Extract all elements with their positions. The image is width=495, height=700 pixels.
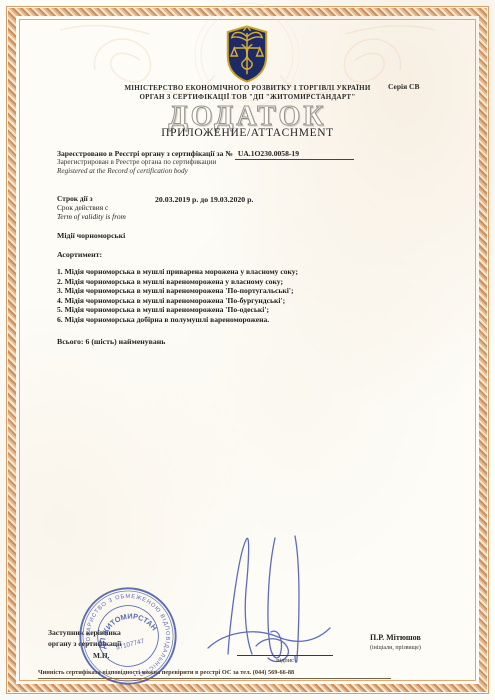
list-item: 2. Мідія чорноморська в мушлі вареноморо…: [57, 277, 298, 287]
series-label: Серія СВ: [388, 82, 419, 91]
signature-line-label: підпис: [276, 657, 294, 664]
registration-label-uk: Зареєстровано в Реєстрі органу з сертифі…: [57, 149, 233, 158]
signer-name: П.Р. Мітюшов: [370, 633, 421, 642]
list-item: 5. Мідія чорноморська в мушлі вареноморо…: [57, 305, 298, 315]
certificate-attachment-page: МІНІСТЕРСТВО ЕКОНОМІЧНОГО РОЗВИТКУ І ТОР…: [0, 0, 495, 700]
total-count: Всього: 6 (шість) найменувань: [57, 337, 165, 346]
validity-block: Строк дії з Срок действия с Term of vali…: [57, 195, 126, 221]
registration-number: UA.1O230.0058-19: [235, 149, 354, 160]
handwritten-signature: [200, 528, 345, 668]
registration-label-en: Registered at the Record of certificatio…: [57, 167, 354, 176]
verification-note: Чинність сертифіката відповідності можна…: [38, 669, 391, 679]
signer-name-hint: (ініціали, прізвище): [370, 645, 421, 651]
mp-seal-label: М.П.: [93, 651, 109, 660]
signer-position-line2: органу з сертифікації: [48, 638, 121, 649]
list-item: 3. Мідія чорноморська в мушлі вареноморо…: [57, 286, 298, 296]
registration-line-uk: Зареєстровано в Реєстрі органу з сертифі…: [57, 149, 354, 158]
ministry-emblem-icon: [223, 24, 271, 84]
list-item: 1. Мідія чорноморська в мушлі приварена …: [57, 267, 298, 277]
list-item: 4. Мідія чорноморська в мушлі вареноморо…: [57, 296, 298, 306]
validity-label-en: Term of validity is from: [57, 213, 126, 222]
registration-block: Зареєстровано в Реєстрі органу з сертифі…: [57, 149, 354, 176]
signature-line: підпис: [237, 655, 333, 664]
assortment-list: 1. Мідія чорноморська в мушлі приварена …: [57, 267, 298, 324]
signer-position-line1: Заступник керівника: [48, 627, 121, 638]
signer-position: Заступник керівника органу з сертифікаці…: [48, 627, 121, 649]
validity-dates: 20.03.2019 р. до 19.03.2020 р.: [155, 195, 253, 204]
ministry-name: МІНІСТЕРСТВО ЕКОНОМІЧНОГО РОЗВИТКУ І ТОР…: [0, 84, 495, 92]
certification-body-name: ОРГАН З СЕРТИФІКАЦІЇ ТОВ "ДП "ЖИТОМИРСТА…: [0, 93, 495, 101]
product-name: Мідії чорноморські: [57, 231, 125, 240]
assortment-label: Асортимент:: [57, 250, 102, 259]
list-item: 6. Мідія чорноморська добірна в полумушл…: [57, 315, 298, 325]
document-subtitle: ПРИЛОЖЕНИЕ/ATTACHMENT: [0, 127, 495, 139]
